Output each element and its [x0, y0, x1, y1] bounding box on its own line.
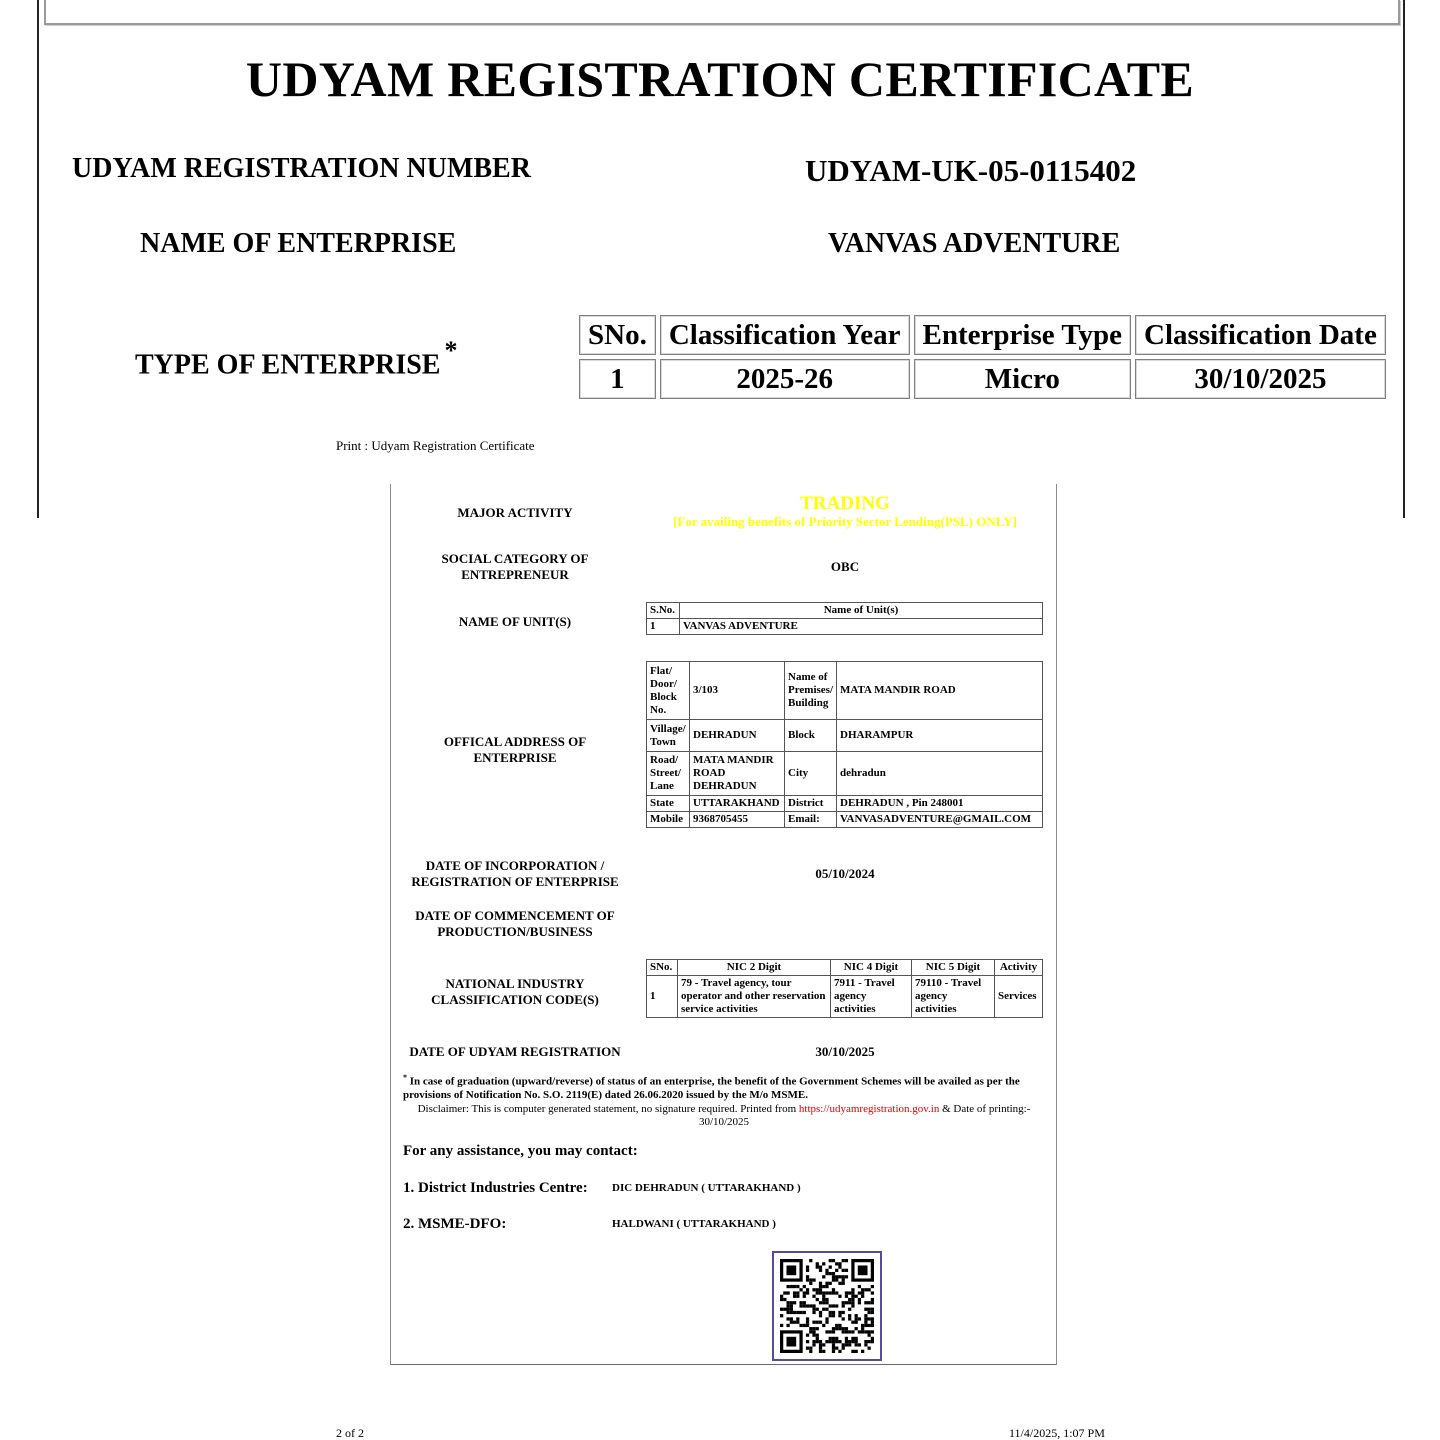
block-label: Block	[785, 720, 837, 752]
disclaimer: Disclaimer: This is computer generated s…	[400, 1103, 1048, 1129]
cell-nic-5: 79110 - Travel agency activities	[912, 976, 995, 1018]
flat-label: Flat/ Door/ Block No.	[647, 662, 690, 720]
certificate-title: UDYAM REGISTRATION CERTIFICATE	[0, 50, 1440, 108]
asterisk-icon: *	[403, 1073, 407, 1082]
nic-label-line1: NATIONAL INDUSTRY	[395, 976, 635, 992]
cell-sno: 1	[647, 619, 680, 635]
incorporation-date: 05/10/2024	[645, 866, 1045, 882]
col-nic-4: NIC 4 Digit	[831, 960, 912, 976]
commencement-label-line1: DATE OF COMMENCEMENT OF	[395, 908, 635, 924]
premises-label: Name of Premises/ Building	[785, 662, 837, 720]
major-activity-value: TRADING [For availing benefits of Priori…	[645, 494, 1045, 530]
village-label: Village/ Town	[647, 720, 690, 752]
cell-activity: Services	[995, 976, 1043, 1018]
table-row: State UTTARAKHAND District DEHRADUN , Pi…	[647, 796, 1043, 812]
cell-unit-name: VANVAS ADVENTURE	[680, 619, 1043, 635]
flat-value: 3/103	[690, 662, 785, 720]
commencement-label: DATE OF COMMENCEMENT OF PRODUCTION/BUSIN…	[395, 908, 635, 940]
cell-sno: 1	[579, 359, 656, 399]
col-activity: Activity	[995, 960, 1043, 976]
cell-classification-year: 2025-26	[660, 359, 910, 399]
road-label: Road/ Street/ Lane	[647, 752, 690, 796]
cell-enterprise-type: Micro	[914, 359, 1132, 399]
col-classification-date: Classification Date	[1135, 315, 1386, 355]
registration-number-value: UDYAM-UK-05-0115402	[805, 153, 1136, 189]
block-value: DHARAMPUR	[837, 720, 1043, 752]
enterprise-type-label: TYPE OF ENTERPRISE*	[135, 340, 457, 381]
assistance-heading: For any assistance, you may contact:	[403, 1143, 638, 1160]
table-header-row: SNo. Classification Year Enterprise Type…	[579, 315, 1386, 355]
address-table: Flat/ Door/ Block No. 3/103 Name of Prem…	[646, 661, 1043, 828]
email-value: VANVASADVENTURE@GMAIL.COM	[837, 812, 1043, 828]
state-value: UTTARAKHAND	[690, 796, 785, 812]
table-row: Road/ Street/ Lane MATA MANDIR ROAD DEHR…	[647, 752, 1043, 796]
cell-nic-2: 79 - Travel agency, tour operator and ot…	[678, 976, 831, 1018]
major-activity-text: TRADING	[645, 494, 1045, 514]
incorporation-label-line2: REGISTRATION OF ENTERPRISE	[395, 874, 635, 890]
enterprise-type-label-text: TYPE OF ENTERPRISE	[135, 349, 440, 380]
col-sno: SNo.	[647, 960, 678, 976]
social-category-label-line2: ENTREPRENEUR	[395, 567, 635, 583]
col-unit-name: Name of Unit(s)	[680, 603, 1043, 619]
address-label: OFFICAL ADDRESS OF ENTERPRISE	[395, 734, 635, 766]
state-label: State	[647, 796, 690, 812]
address-label-line1: OFFICAL ADDRESS OF	[395, 734, 635, 750]
road-value: MATA MANDIR ROAD DEHRADUN	[690, 752, 785, 796]
table-row: Village/ Town DEHRADUN Block DHARAMPUR	[647, 720, 1043, 752]
table-row: 1 2025-26 Micro 30/10/2025	[579, 359, 1386, 399]
col-sno: S.No.	[647, 603, 680, 619]
units-label: NAME OF UNIT(S)	[395, 614, 635, 630]
city-label: City	[785, 752, 837, 796]
nic-table: SNo. NIC 2 Digit NIC 4 Digit NIC 5 Digit…	[646, 959, 1043, 1018]
msme-dfo-label: 2. MSME-DFO:	[403, 1216, 506, 1233]
cell-sno: 1	[647, 976, 678, 1018]
cell-nic-4: 7911 - Travel agency activities	[831, 976, 912, 1018]
email-label: Email:	[785, 812, 837, 828]
col-nic-2: NIC 2 Digit	[678, 960, 831, 976]
classification-table: SNo. Classification Year Enterprise Type…	[575, 311, 1390, 403]
qr-code-icon	[772, 1251, 882, 1361]
social-category-label: SOCIAL CATEGORY OF ENTREPRENEUR	[395, 551, 635, 583]
dic-value: DIC DEHRADUN ( UTTARAKHAND )	[612, 1182, 801, 1194]
print-header: Print : Udyam Registration Certificate	[336, 438, 535, 454]
city-value: dehradun	[837, 752, 1043, 796]
major-activity-label: MAJOR ACTIVITY	[395, 505, 635, 521]
enterprise-name-label: NAME OF ENTERPRISE	[140, 228, 456, 260]
cell-classification-date: 30/10/2025	[1135, 359, 1386, 399]
incorporation-label-line1: DATE OF INCORPORATION /	[395, 858, 635, 874]
disclaimer-prefix: Disclaimer: This is computer generated s…	[418, 1103, 799, 1115]
dic-label: 1. District Industries Centre:	[403, 1180, 588, 1197]
premises-value: MATA MANDIR ROAD	[837, 662, 1043, 720]
page-number: 2 of 2	[336, 1426, 364, 1440]
udyam-date-label: DATE OF UDYAM REGISTRATION	[395, 1044, 635, 1060]
table-row: Flat/ Door/ Block No. 3/103 Name of Prem…	[647, 662, 1043, 720]
village-value: DEHRADUN	[690, 720, 785, 752]
col-enterprise-type: Enterprise Type	[914, 315, 1132, 355]
district-label: District	[785, 796, 837, 812]
udyam-portal-link[interactable]: https://udyamregistration.gov.in	[799, 1103, 939, 1115]
mobile-label: Mobile	[647, 812, 690, 828]
table-row: Mobile 9368705455 Email: VANVASADVENTURE…	[647, 812, 1043, 828]
commencement-label-line2: PRODUCTION/BUSINESS	[395, 924, 635, 940]
col-sno: SNo.	[579, 315, 656, 355]
enterprise-name-value: VANVAS ADVENTURE	[828, 228, 1120, 260]
social-category-value: OBC	[645, 559, 1045, 575]
header-box	[44, 0, 1400, 25]
graduation-note-text: In case of graduation (upward/reverse) o…	[403, 1076, 1020, 1101]
incorporation-label: DATE OF INCORPORATION / REGISTRATION OF …	[395, 858, 635, 890]
mobile-value: 9368705455	[690, 812, 785, 828]
table-row: 1 VANVAS ADVENTURE	[647, 619, 1043, 635]
col-nic-5: NIC 5 Digit	[912, 960, 995, 976]
psl-note: [For availing benefits of Priority Secto…	[645, 514, 1045, 530]
units-table: S.No. Name of Unit(s) 1 VANVAS ADVENTURE	[646, 602, 1043, 635]
nic-label: NATIONAL INDUSTRY CLASSIFICATION CODE(S)	[395, 976, 635, 1008]
print-timestamp: 11/4/2025, 1:07 PM	[1009, 1426, 1105, 1440]
table-header-row: S.No. Name of Unit(s)	[647, 603, 1043, 619]
district-value: DEHRADUN , Pin 248001	[837, 796, 1043, 812]
address-label-line2: ENTERPRISE	[395, 750, 635, 766]
table-row: 1 79 - Travel agency, tour operator and …	[647, 976, 1043, 1018]
table-header-row: SNo. NIC 2 Digit NIC 4 Digit NIC 5 Digit…	[647, 960, 1043, 976]
msme-dfo-value: HALDWANI ( UTTARAKHAND )	[612, 1218, 776, 1230]
graduation-note: * In case of graduation (upward/reverse)…	[403, 1071, 1048, 1102]
asterisk-icon: *	[444, 336, 457, 365]
nic-label-line2: CLASSIFICATION CODE(S)	[395, 992, 635, 1008]
social-category-label-line1: SOCIAL CATEGORY OF	[395, 551, 635, 567]
udyam-date-value: 30/10/2025	[645, 1044, 1045, 1060]
col-classification-year: Classification Year	[660, 315, 910, 355]
registration-number-label: UDYAM REGISTRATION NUMBER	[72, 153, 531, 185]
